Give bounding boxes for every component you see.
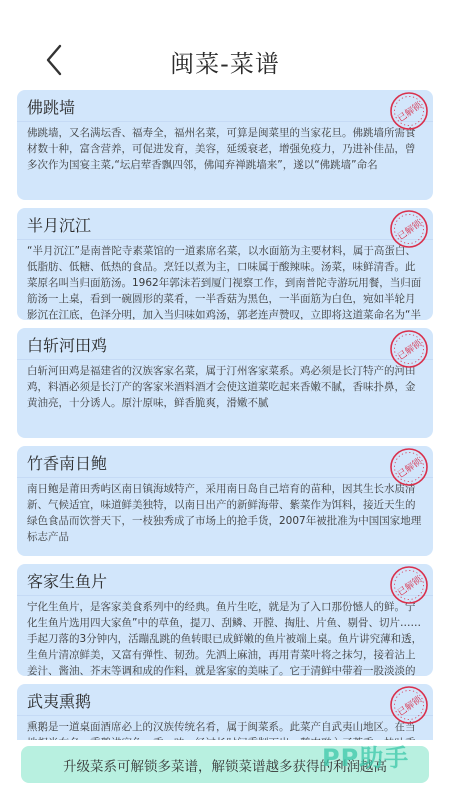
recipe-card[interactable]: 白斩河田鸡 白斩河田鸡是福建省的汉族客家名菜，属于汀州客家菜系。鸡必须是长汀特产… [17, 328, 433, 438]
header: 闽菜-菜谱 [0, 0, 450, 88]
unlocked-stamp-icon: 已解锁 [389, 329, 429, 369]
recipe-title: 客家生鱼片 [17, 564, 433, 596]
recipe-title: 竹香南日鲍 [17, 446, 433, 478]
svg-text:已解锁: 已解锁 [395, 99, 425, 125]
recipe-list[interactable]: 佛跳墙 佛跳墙，又名满坛香、福寿全，福州名菜，可算是闽菜里的当家花旦。佛跳墙所需… [17, 90, 433, 740]
unlocked-stamp-icon: 已解锁 [389, 447, 429, 487]
recipe-title: 半月沉江 [17, 208, 433, 240]
recipe-card[interactable]: 武夷熏鹅 熏鹅是一道桌面酒席必上的汉族传统名肴，属于闽菜系。此菜产自武夷山地区。… [17, 684, 433, 740]
recipe-description: “半月沉江”是南普陀寺素菜馆的一道素席名菜，以水面筋为主要材料，属于高蛋白、低脂… [17, 240, 433, 320]
recipe-card[interactable]: 佛跳墙 佛跳墙，又名满坛香、福寿全，福州名菜，可算是闽菜里的当家花旦。佛跳墙所需… [17, 90, 433, 200]
svg-text:已解锁: 已解锁 [395, 337, 425, 363]
unlocked-stamp-icon: 已解锁 [389, 685, 429, 725]
svg-text:已解锁: 已解锁 [395, 693, 425, 719]
recipe-card[interactable]: 客家生鱼片 宁化生鱼片，是客家美食系列中的经典。鱼片生吃，就是为了入口那份憾人的… [17, 564, 433, 676]
unlocked-stamp-icon: 已解锁 [389, 565, 429, 605]
recipe-card[interactable]: 竹香南日鲍 南日鲍是莆田秀屿区南日镇海域特产，采用南日岛自己培育的苗种，因其生长… [17, 446, 433, 556]
recipe-title: 白斩河田鸡 [17, 328, 433, 360]
recipe-description: 熏鹅是一道桌面酒席必上的汉族传统名肴，属于闽菜系。此菜产自武夷山地区。在当地相当… [17, 716, 433, 740]
recipe-title: 佛跳墙 [17, 90, 433, 122]
page-title: 闽菜-菜谱 [0, 44, 450, 79]
upgrade-tip-banner[interactable]: 升级菜系可解锁多菜谱，解锁菜谱越多获得的利润越高 [21, 746, 429, 783]
svg-text:已解锁: 已解锁 [395, 573, 425, 599]
recipe-description: 白斩河田鸡是福建省的汉族客家名菜，属于汀州客家菜系。鸡必须是长汀特产的河田鸡，料… [17, 360, 433, 419]
recipe-description: 佛跳墙，又名满坛香、福寿全，福州名菜，可算是闽菜里的当家花旦。佛跳墙所需食材数十… [17, 122, 433, 181]
recipe-title: 武夷熏鹅 [17, 684, 433, 716]
recipe-description: 南日鲍是莆田秀屿区南日镇海域特产，采用南日岛自己培育的苗种，因其生长水质清新、气… [17, 478, 433, 553]
svg-text:已解锁: 已解锁 [395, 455, 425, 481]
upgrade-tip-text: 升级菜系可解锁多菜谱，解锁菜谱越多获得的利润越高 [63, 755, 387, 775]
unlocked-stamp-icon: 已解锁 [389, 91, 429, 131]
unlocked-stamp-icon: 已解锁 [389, 209, 429, 249]
recipe-card[interactable]: 半月沉江 “半月沉江”是南普陀寺素菜馆的一道素席名菜，以水面筋为主要材料，属于高… [17, 208, 433, 320]
svg-text:已解锁: 已解锁 [395, 217, 425, 243]
recipe-description: 宁化生鱼片，是客家美食系列中的经典。鱼片生吃，就是为了入口那份憾人的鲜。宁化生鱼… [17, 596, 433, 676]
